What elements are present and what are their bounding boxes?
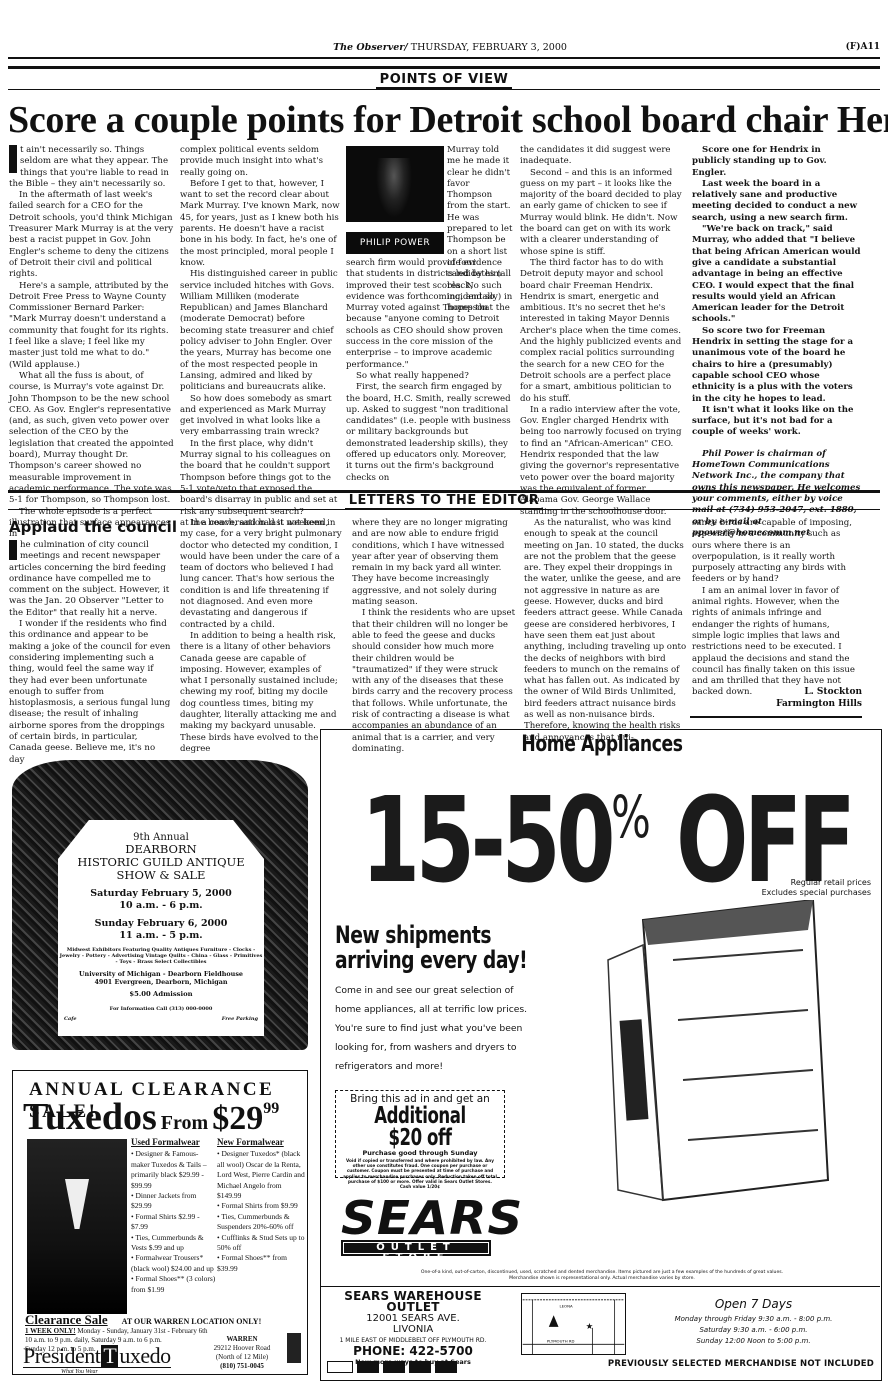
small-logo-graphic bbox=[287, 1333, 301, 1363]
ad-category: Home Appliances bbox=[383, 732, 821, 757]
letter-column-3: where they are no longer migrating and a… bbox=[352, 518, 516, 755]
divider bbox=[8, 66, 880, 69]
columnist-photo bbox=[346, 146, 444, 222]
paragraph: It isn't what it looks like on the surfa… bbox=[692, 405, 862, 439]
svg-text:★: ★ bbox=[586, 1322, 594, 1332]
article-column-5: Score one for Hendrix in publicly standi… bbox=[692, 145, 862, 539]
store-hours: Open 7 Days Monday through Friday 9:30 a… bbox=[631, 1297, 876, 1347]
warehouse-address: SEARS WAREHOUSE OUTLET 12001 SEARS AVE. … bbox=[323, 1291, 503, 1368]
paragraph: What all the fuss is about, of course, i… bbox=[9, 371, 174, 507]
ad-body-text: Come in and see our great selection of h… bbox=[335, 981, 535, 1076]
paragraph: In the aftermath of last week's failed s… bbox=[9, 190, 174, 280]
drop-cap bbox=[9, 540, 17, 560]
president-tuxedo-logo: PresidentTuxedo bbox=[23, 1345, 171, 1368]
paragraph: he culmination of city council meetings … bbox=[9, 540, 173, 619]
payment-cards bbox=[327, 1361, 457, 1373]
paragraph: Before I get to that, however, I want to… bbox=[180, 179, 340, 269]
letter-column-2: at the beach, and had it not been in my … bbox=[180, 518, 342, 755]
paragraph: So score two for Freeman Hendrix in sett… bbox=[692, 326, 862, 405]
sears-card-icon bbox=[327, 1361, 353, 1373]
discount-notes: Regular retail pricesExcludes special pu… bbox=[762, 878, 871, 897]
new-formalwear-list: New Formalwear • Designer Tuxedos* (blac… bbox=[217, 1137, 305, 1274]
letter-column-1: he culmination of city council meetings … bbox=[9, 540, 173, 766]
refrigerator-image bbox=[603, 900, 843, 1210]
portrait-figure bbox=[376, 158, 412, 218]
article-headline: Score a couple points for Detroit school… bbox=[8, 99, 880, 141]
paragraph: In addition to being a health risk, ther… bbox=[180, 631, 342, 755]
used-formalwear-list: Used Formalwear • Designer & Famous-make… bbox=[131, 1137, 217, 1295]
paragraph: The third factor has to do with Detroit … bbox=[520, 258, 683, 405]
card-icon bbox=[409, 1361, 431, 1373]
divider bbox=[8, 509, 880, 510]
coupon[interactable]: Bring this ad in and get an Additional $… bbox=[335, 1090, 505, 1178]
letter-author: L. Stockton bbox=[776, 686, 862, 698]
store-address: WARREN 29212 Hoover Road (North of 12 Mi… bbox=[203, 1335, 281, 1371]
section-header-letters: LETTERS TO THE EDITOR bbox=[0, 493, 888, 510]
ad-content: 9th Annual DEARBORN HISTORIC GUILD ANTIQ… bbox=[58, 820, 264, 1036]
paragraph: complex political events seldom provide … bbox=[180, 145, 340, 179]
show-date-saturday: Saturday February 5, 200010 a.m. - 6 p.m… bbox=[58, 888, 264, 912]
paragraph: sance birds are capable of imposing, esp… bbox=[692, 518, 858, 586]
section-header-points-of-view: POINTS OF VIEW bbox=[0, 72, 888, 89]
divider bbox=[690, 716, 862, 718]
antique-show-ad: 9th Annual DEARBORN HISTORIC GUILD ANTIQ… bbox=[12, 760, 308, 1050]
page-folio: The Observer/ THURSDAY, FEBRUARY 3, 2000… bbox=[0, 40, 888, 56]
paper-name: The Observer/ bbox=[333, 42, 408, 53]
paragraph: I wonder if the residents who find this … bbox=[9, 619, 173, 766]
paragraph: Second – and this is an informed guess o… bbox=[520, 168, 683, 258]
sears-logo: SEARS bbox=[341, 1196, 523, 1240]
show-date-sunday: Sunday February 6, 200011 a.m. - 5 p.m. bbox=[58, 918, 264, 942]
card-icon bbox=[435, 1361, 457, 1373]
card-icon bbox=[383, 1361, 405, 1373]
letter-column-4: As the naturalist, who was kind enough t… bbox=[524, 518, 688, 744]
page-number: (F)A11 bbox=[846, 42, 880, 52]
disclaimer: One-of-a kind, out-of-carton, discontinu… bbox=[321, 1270, 883, 1282]
tux-ad-offer: Tuxedos From $2999 bbox=[23, 1095, 279, 1139]
card-icon bbox=[357, 1361, 379, 1373]
folio-dateline: The Observer/ THURSDAY, FEBRUARY 3, 2000 bbox=[300, 42, 600, 53]
drop-cap bbox=[9, 145, 17, 173]
tuxedo-model-photo bbox=[27, 1139, 127, 1314]
divider bbox=[8, 57, 880, 59]
article-column-4: the candidates it did suggest were inade… bbox=[520, 145, 683, 518]
article-column-3: search firm would provide evidence that … bbox=[346, 258, 514, 484]
paragraph: where they are no longer migrating and a… bbox=[352, 518, 516, 608]
letter-title: Applaud the council bbox=[9, 518, 177, 536]
tagline: What You Wear bbox=[61, 1369, 98, 1375]
folio-date: THURSDAY, FEBRUARY 3, 2000 bbox=[411, 42, 567, 53]
paragraph: So what really happened? bbox=[346, 371, 514, 382]
paragraph: As the naturalist, who was kind enough t… bbox=[524, 518, 688, 744]
paragraph: Score one for Hendrix in publicly standi… bbox=[692, 145, 862, 179]
divider bbox=[8, 89, 880, 90]
article-column-1: t ain't necessarily so. Things seldom ar… bbox=[9, 145, 174, 540]
paragraph: I am an animal lover in favor of animal … bbox=[692, 586, 858, 699]
svg-text:PLYMOUTH RD: PLYMOUTH RD bbox=[547, 1338, 575, 1343]
svg-text:LEONA: LEONA bbox=[559, 1304, 573, 1309]
paragraph: So how does somebody as smart and experi… bbox=[180, 394, 340, 439]
paragraph: the candidates it did suggest were inade… bbox=[520, 145, 683, 168]
columnist-name: PHILIP POWER bbox=[346, 232, 444, 254]
sears-outlet-ad: Home Appliances 15-50% OFF Regular retai… bbox=[320, 729, 882, 1381]
paragraph: at the beach, and had it not been in my … bbox=[180, 518, 342, 631]
store-info-bar: SEARS WAREHOUSE OUTLET 12001 SEARS AVE. … bbox=[321, 1286, 880, 1378]
paragraph: search firm would provide evidence that … bbox=[346, 258, 514, 371]
subheadline: New shipmentsarriving every day! bbox=[335, 923, 527, 973]
letter-city: Farmington Hills bbox=[776, 698, 862, 710]
tuxedo-ad: ANNUAL CLEARANCE SALE! Tuxedos From $299… bbox=[12, 1070, 308, 1375]
location-map: LEONA PLYMOUTH RD ★ bbox=[521, 1293, 626, 1355]
exclusion-note: PREVIOUSLY SELECTED MERCHANDISE NOT INCL… bbox=[608, 1359, 874, 1369]
letter-signature: L. Stockton Farmington Hills bbox=[776, 686, 862, 710]
paragraph: His distinguished career in public servi… bbox=[180, 269, 340, 393]
article-column-2: complex political events seldom provide … bbox=[180, 145, 340, 529]
outlet-store-label: OUTLET STORE bbox=[341, 1240, 491, 1256]
paragraph: Last week the board in a relatively sane… bbox=[692, 179, 862, 224]
paragraph: "We're back on track," said Murray, who … bbox=[692, 224, 862, 326]
paragraph: t ain't necessarily so. Things seldom ar… bbox=[9, 145, 174, 190]
letter-column-5: sance birds are capable of imposing, esp… bbox=[692, 518, 858, 699]
paragraph: First, the search firm engaged by the bo… bbox=[346, 382, 514, 484]
paragraph: Here's a sample, attributed by the Detro… bbox=[9, 281, 174, 371]
